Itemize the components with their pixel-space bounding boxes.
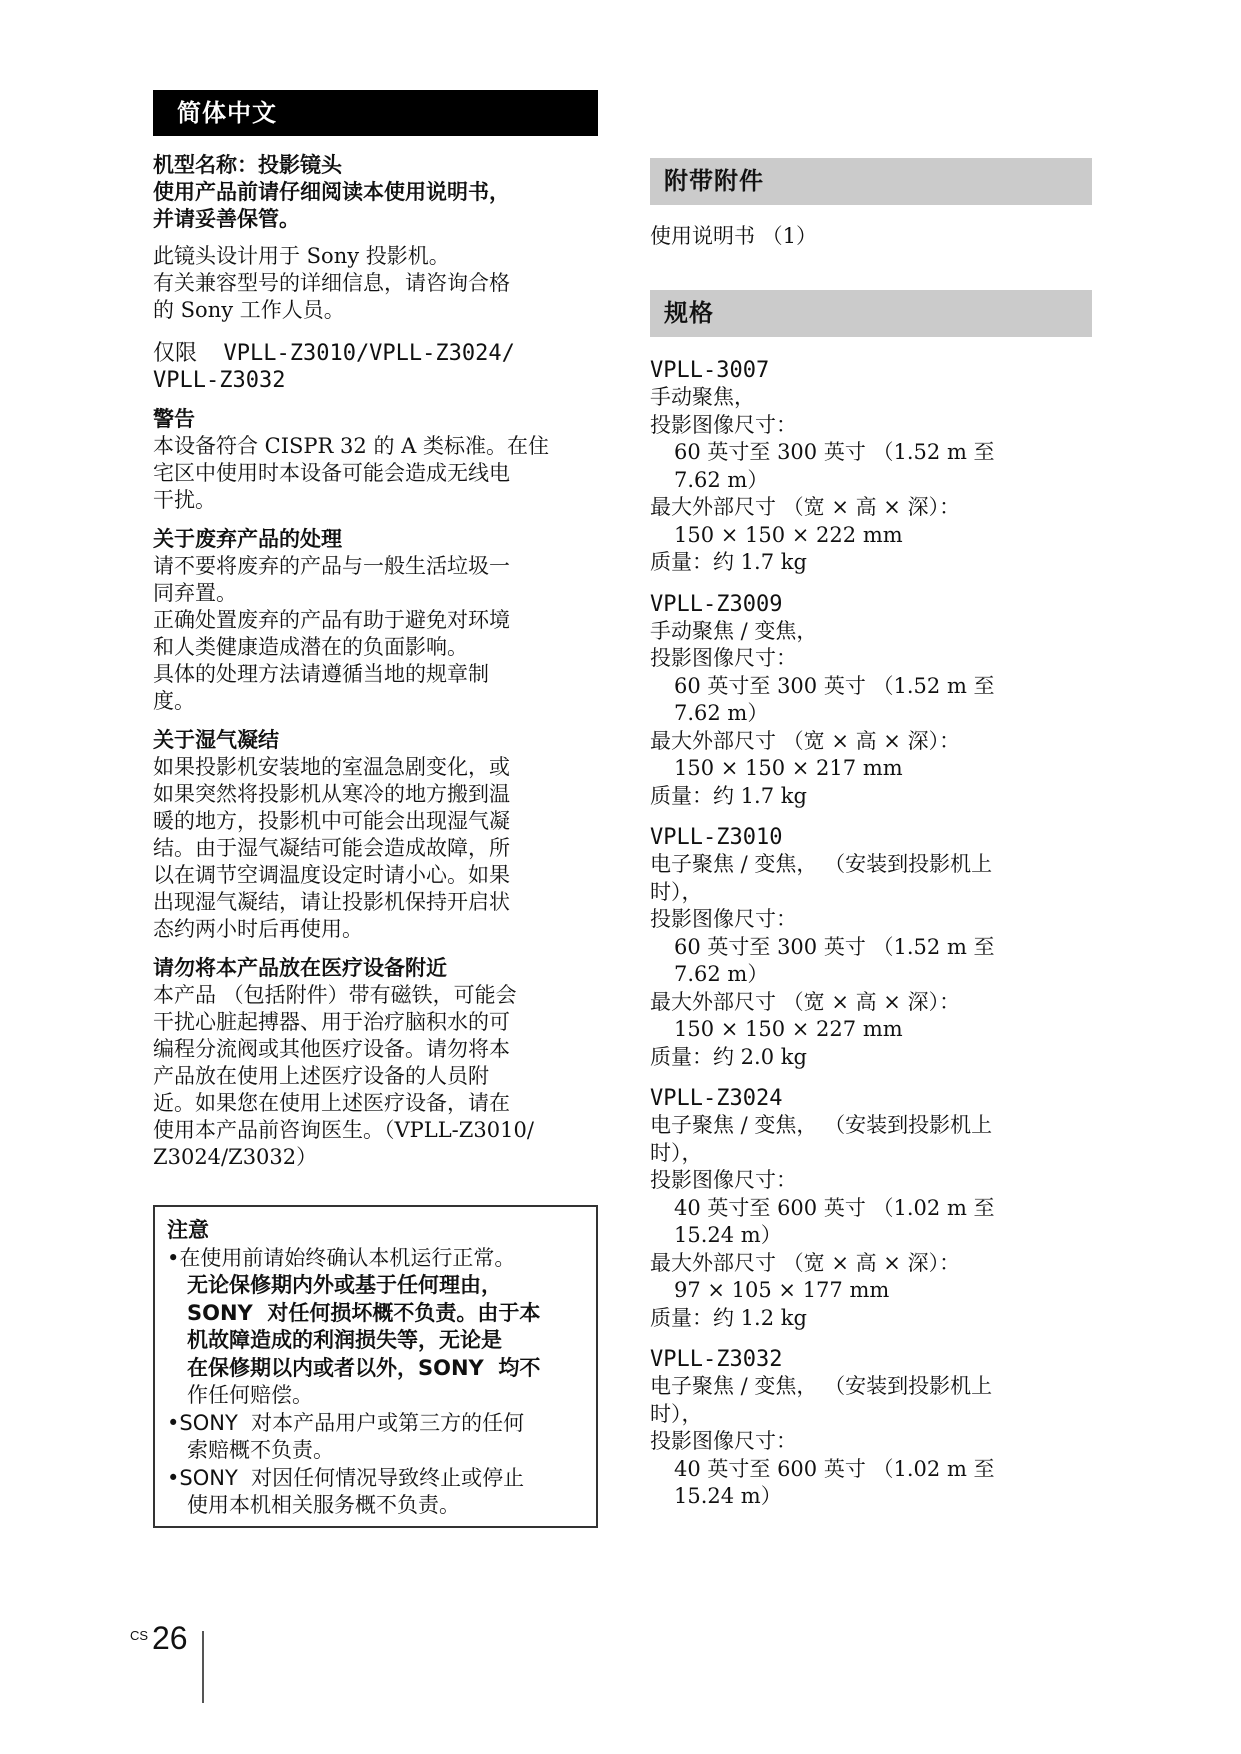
notice-bullet: •SONY 对因任何情况导致终止或停止 使用本机相关服务概不负责。 bbox=[167, 1465, 584, 1520]
spec-model-block: VPLL-Z3010 电子聚焦 / 变焦， （安装到投影机上 时）， 投影图像尺… bbox=[650, 824, 1092, 1071]
language-header-bar: 简体中文 bbox=[153, 90, 598, 136]
spec-dim-label: 最大外部尺寸 （宽 × 高 × 深）： bbox=[650, 728, 1092, 756]
right-column: 附带附件 使用说明书 （1） 规格 VPLL-3007 手动聚焦， 投影图像尺寸… bbox=[650, 158, 1092, 1511]
condensation-line: 结。由于湿气凝结可能会造成故障，所 bbox=[153, 835, 598, 862]
spec-size-line: 40 英寸至 600 英寸 （1.02 m 至 bbox=[650, 1456, 1092, 1484]
spec-size-line: 15.24 m） bbox=[650, 1222, 1092, 1250]
spec-mass: 质量：约 1.2 kg bbox=[650, 1305, 1092, 1333]
intro-line: 此镜头设计用于 Sony 投影机。 bbox=[153, 243, 598, 270]
notice-bullet-line: SONY 对任何损坏概不负责。由于本 bbox=[167, 1300, 584, 1328]
condensation-line: 态约两小时后再使用。 bbox=[153, 916, 598, 943]
medical-line: 使用本产品前咨询医生。（VPLL-Z3010/ bbox=[153, 1117, 598, 1144]
medical-section: 请勿将本产品放在医疗设备附近 本产品 （包括附件）带有磁铁，可能会 干扰心脏起搏… bbox=[153, 955, 598, 1171]
intro-line: 的 Sony 工作人员。 bbox=[153, 297, 598, 324]
warning-line: 本设备符合 CISPR 32 的 A 类标准。在住 bbox=[153, 433, 598, 460]
condensation-line: 如果突然将投影机从寒冷的地方搬到温 bbox=[153, 781, 598, 808]
notice-bullet-line: 索赔概不负责。 bbox=[167, 1437, 584, 1465]
medical-line: 本产品 （包括附件）带有磁铁，可能会 bbox=[153, 982, 598, 1009]
left-column: 简体中文 机型名称：投影镜头 使用产品前请仔细阅读本使用说明书， 并请妥善保管。… bbox=[153, 90, 598, 1528]
spec-size-line: 7.62 m） bbox=[650, 700, 1092, 728]
intro-section: 机型名称：投影镜头 使用产品前请仔细阅读本使用说明书， 并请妥善保管。 此镜头设… bbox=[153, 152, 598, 324]
spec-model-name: VPLL-Z3009 bbox=[650, 591, 1092, 618]
notice-title: 注意 bbox=[167, 1217, 584, 1245]
spec-line: 投影图像尺寸： bbox=[650, 412, 1092, 440]
spec-line: 时）， bbox=[650, 879, 1092, 907]
spec-size-line: 60 英寸至 300 英寸 （1.52 m 至 bbox=[650, 934, 1092, 962]
spec-dim-value: 150 × 150 × 227 mm bbox=[650, 1016, 1092, 1044]
spec-model-block: VPLL-3007 手动聚焦， 投影图像尺寸： 60 英寸至 300 英寸 （1… bbox=[650, 357, 1092, 577]
medical-line: 编程分流阀或其他医疗设备。请勿将本 bbox=[153, 1036, 598, 1063]
accessories-header: 附带附件 bbox=[650, 158, 1092, 205]
spec-mass: 质量：约 1.7 kg bbox=[650, 549, 1092, 577]
condensation-line: 如果投影机安装地的室温急剧变化，或 bbox=[153, 754, 598, 781]
spec-line: 投影图像尺寸： bbox=[650, 1167, 1092, 1195]
spec-mass: 质量：约 2.0 kg bbox=[650, 1044, 1092, 1072]
spec-model-name: VPLL-3007 bbox=[650, 357, 1092, 384]
page-language-code: CS bbox=[130, 1628, 148, 1643]
condensation-title: 关于湿气凝结 bbox=[153, 727, 598, 754]
spec-model-name: VPLL-Z3032 bbox=[650, 1346, 1092, 1373]
spec-line: 投影图像尺寸： bbox=[650, 645, 1092, 673]
disposal-title: 关于废弃产品的处理 bbox=[153, 526, 598, 553]
intro-description: 此镜头设计用于 Sony 投影机。 有关兼容型号的详细信息，请咨询合格 的 So… bbox=[153, 243, 598, 324]
disposal-line: 正确处置废弃的产品有助于避免对环境 bbox=[153, 607, 598, 634]
medical-line: 产品放在使用上述医疗设备的人员附 bbox=[153, 1063, 598, 1090]
notice-bullet: •在使用前请始终确认本机运行正常。 无论保修期内外或基于任何理由， SONY 对… bbox=[167, 1245, 584, 1410]
spec-line: 手动聚焦 / 变焦， bbox=[650, 618, 1092, 646]
spec-size-line: 40 英寸至 600 英寸 （1.02 m 至 bbox=[650, 1195, 1092, 1223]
page-number-digits: 26 bbox=[152, 1620, 188, 1657]
spec-dim-value: 150 × 150 × 217 mm bbox=[650, 755, 1092, 783]
spec-size-line: 7.62 m） bbox=[650, 961, 1092, 989]
spec-dim-label: 最大外部尺寸 （宽 × 高 × 深）： bbox=[650, 1250, 1092, 1278]
medical-title: 请勿将本产品放在医疗设备附近 bbox=[153, 955, 598, 982]
notice-bullet: •SONY 对本产品用户或第三方的任何 索赔概不负责。 bbox=[167, 1410, 584, 1465]
model-name-line: 机型名称：投影镜头 bbox=[153, 152, 598, 179]
condensation-line: 以在调节空调温度设定时请小心。如果 bbox=[153, 862, 598, 889]
models-only-line: 仅限 VPLL-Z3010/VPLL-Z3024/ bbox=[153, 340, 598, 367]
spec-dim-value: 150 × 150 × 222 mm bbox=[650, 522, 1092, 550]
spec-dim-label: 最大外部尺寸 （宽 × 高 × 深）： bbox=[650, 494, 1092, 522]
disposal-line: 和人类健康造成潜在的负面影响。 bbox=[153, 634, 598, 661]
intro-line: 有关兼容型号的详细信息，请咨询合格 bbox=[153, 270, 598, 297]
spec-model-name: VPLL-Z3010 bbox=[650, 824, 1092, 851]
notice-bullet-line: 在保修期以内或者以外，SONY 均不 bbox=[167, 1355, 584, 1383]
spec-dim-label: 最大外部尺寸 （宽 × 高 × 深）： bbox=[650, 989, 1092, 1017]
spec-dim-value: 97 × 105 × 177 mm bbox=[650, 1277, 1092, 1305]
warning-line: 干扰。 bbox=[153, 487, 598, 514]
models-only-line: VPLL-Z3032 bbox=[153, 367, 598, 394]
spec-model-block: VPLL-Z3032 电子聚焦 / 变焦， （安装到投影机上 时）， 投影图像尺… bbox=[650, 1346, 1092, 1511]
medical-line: 干扰心脏起搏器、用于治疗脑积水的可 bbox=[153, 1009, 598, 1036]
condensation-section: 关于湿气凝结 如果投影机安装地的室温急剧变化，或 如果突然将投影机从寒冷的地方搬… bbox=[153, 727, 598, 943]
spec-size-line: 60 英寸至 300 英寸 （1.52 m 至 bbox=[650, 673, 1092, 701]
warning-line: 宅区中使用时本设备可能会造成无线电 bbox=[153, 460, 598, 487]
spec-size-line: 15.24 m） bbox=[650, 1483, 1092, 1511]
read-manual-line: 使用产品前请仔细阅读本使用说明书， bbox=[153, 179, 598, 206]
notice-bullet-line: 作任何赔偿。 bbox=[167, 1382, 584, 1410]
spec-line: 电子聚焦 / 变焦， （安装到投影机上 bbox=[650, 1112, 1092, 1140]
spec-size-line: 60 英寸至 300 英寸 （1.52 m 至 bbox=[650, 439, 1092, 467]
spec-line: 时）， bbox=[650, 1140, 1092, 1168]
spec-model-block: VPLL-Z3009 手动聚焦 / 变焦， 投影图像尺寸： 60 英寸至 300… bbox=[650, 591, 1092, 811]
page-edge-rule bbox=[202, 1631, 204, 1703]
condensation-line: 暖的地方，投影机中可能会出现湿气凝 bbox=[153, 808, 598, 835]
models-only-section: 仅限 VPLL-Z3010/VPLL-Z3024/ VPLL-Z3032 bbox=[153, 340, 598, 394]
spec-line: 手动聚焦， bbox=[650, 384, 1092, 412]
spec-model-block: VPLL-Z3024 电子聚焦 / 变焦， （安装到投影机上 时）， 投影图像尺… bbox=[650, 1085, 1092, 1332]
spec-line: 电子聚焦 / 变焦， （安装到投影机上 bbox=[650, 1373, 1092, 1401]
disposal-section: 关于废弃产品的处理 请不要将废弃的产品与一般生活垃圾一 同弃置。 正确处置废弃的… bbox=[153, 526, 598, 715]
notice-bullet-first: •SONY 对本产品用户或第三方的任何 bbox=[167, 1410, 584, 1438]
notice-bullet-first: •在使用前请始终确认本机运行正常。 bbox=[167, 1245, 584, 1273]
disposal-line: 度。 bbox=[153, 688, 598, 715]
notice-bullet-line: 无论保修期内外或基于任何理由， bbox=[167, 1272, 584, 1300]
disposal-line: 同弃置。 bbox=[153, 580, 598, 607]
spec-size-line: 7.62 m） bbox=[650, 467, 1092, 495]
notice-bullet-line: 机故障造成的利润损失等，无论是 bbox=[167, 1327, 584, 1355]
disposal-line: 请不要将废弃的产品与一般生活垃圾一 bbox=[153, 553, 598, 580]
notice-bullet-first: •SONY 对因任何情况导致终止或停止 bbox=[167, 1465, 584, 1493]
condensation-line: 出现湿气凝结，请让投影机保持开启状 bbox=[153, 889, 598, 916]
keep-manual-line: 并请妥善保管。 bbox=[153, 206, 598, 233]
spec-mass: 质量：约 1.7 kg bbox=[650, 783, 1092, 811]
notice-bullet-line: 使用本机相关服务概不负责。 bbox=[167, 1492, 584, 1520]
warning-section: 警告 本设备符合 CISPR 32 的 A 类标准。在住 宅区中使用时本设备可能… bbox=[153, 406, 598, 514]
warning-title: 警告 bbox=[153, 406, 598, 433]
medical-line: Z3024/Z3032） bbox=[153, 1144, 598, 1171]
accessories-text: 使用说明书 （1） bbox=[650, 223, 1092, 250]
medical-line: 近。如果您在使用上述医疗设备，请在 bbox=[153, 1090, 598, 1117]
spec-line: 投影图像尺寸： bbox=[650, 1428, 1092, 1456]
notice-box: 注意 •在使用前请始终确认本机运行正常。 无论保修期内外或基于任何理由， SON… bbox=[153, 1205, 598, 1528]
disposal-line: 具体的处理方法请遵循当地的规章制 bbox=[153, 661, 598, 688]
spec-line: 时）， bbox=[650, 1401, 1092, 1429]
spec-line: 投影图像尺寸： bbox=[650, 906, 1092, 934]
spec-line: 电子聚焦 / 变焦， （安装到投影机上 bbox=[650, 851, 1092, 879]
specs-header: 规格 bbox=[650, 290, 1092, 337]
spec-model-name: VPLL-Z3024 bbox=[650, 1085, 1092, 1112]
